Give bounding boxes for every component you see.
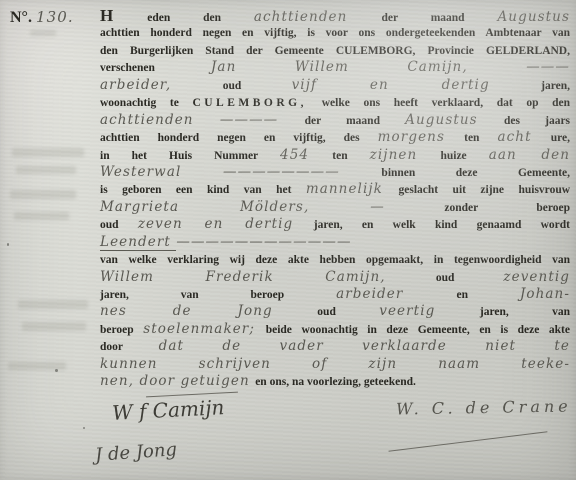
scan-speck [7, 243, 9, 246]
deed-line: nen, door getuigen en ons, na voorlezing… [100, 372, 570, 389]
printed-text: achttien honderd negen en vijftig, des [100, 132, 378, 144]
ink-bleedthrough-smudge [14, 212, 69, 220]
printed-text: welke ons heeft verklaard, dat op den [322, 97, 570, 109]
deed-line: kunnen schrijven of zijn naam teeke- [100, 355, 570, 372]
handwritten-entry: 454 [280, 147, 309, 163]
deed-line: door dat de vader verklaarde niet te [100, 337, 570, 354]
printed-text: zonder beroep [444, 202, 570, 214]
handwritten-entry: aan den [489, 147, 570, 163]
printed-text: oud [317, 306, 379, 318]
handwritten-entry: zijnen [370, 147, 418, 163]
act-number: N°. 130. [10, 8, 74, 27]
printed-text: jaren, van [480, 306, 570, 318]
act-number-label: N°. [10, 9, 32, 26]
deed-line: beroep stoelenmaker; beide woonachtig in… [100, 320, 570, 337]
printed-text: oud [223, 80, 292, 92]
deed-line: woonachtig te CULEMBORG, welke ons heeft… [100, 93, 570, 110]
handwritten-entry: vijf en dertig [292, 77, 490, 93]
handwritten-entry: Jan Willem Camijn, ——— [211, 59, 570, 75]
ink-bleedthrough-smudge [16, 166, 76, 174]
printed-text: ure, [551, 132, 570, 144]
printed-text: oud [100, 219, 138, 231]
signature-witness-camijn: W f Camijn [111, 395, 224, 425]
deed-text: H eden den achttienden der maand Augustu… [100, 6, 570, 390]
printed-text: van welke verklaring wij deze akte hebbe… [100, 254, 570, 266]
handwritten-entry: ———————————— [176, 234, 351, 250]
ink-bleedthrough-smudge [12, 148, 84, 157]
handwritten-entry: veertig [379, 303, 435, 319]
signature-witness-de-jong: J de Jong [94, 439, 177, 466]
scan-speck [83, 427, 85, 429]
printed-text: den Burgerlijken Stand der Gemeente CULE… [100, 45, 570, 57]
handwritten-entry: acht [497, 129, 531, 145]
printed-text: ten [464, 132, 497, 144]
printed-text: en [456, 289, 519, 301]
deed-line: in het Huis Nummer 454 ten zijnen huize … [100, 146, 570, 163]
handwritten-entry: morgens [378, 129, 445, 145]
printed-text: der maand [381, 12, 497, 24]
handwritten-entry: Westerwal [100, 164, 181, 180]
deed-line: oud zeven en dertig jaren, en welk kind … [100, 215, 570, 232]
printed-text: geslacht uit zijne huisvrouw [399, 184, 570, 196]
deed-line: arbeider, oud vijf en dertig jaren, [100, 76, 570, 93]
deed-line: achttien honderd negen en vijftig, des m… [100, 128, 570, 145]
deed-line: achttien honderd negen en vijftig, is vo… [100, 23, 570, 40]
act-number-value: 130. [36, 8, 74, 26]
deed-line: den Burgerlijken Stand der Gemeente CULE… [100, 41, 570, 58]
signature-registrar: W. C. de Crane [396, 396, 572, 418]
handwritten-entry: mannelijk [306, 181, 383, 197]
printed-text: verschenen [100, 62, 211, 74]
deed-line: van welke verklaring wij deze akte hebbe… [100, 250, 570, 267]
printed-text: en ons, na voorlezing, geteekend. [255, 376, 416, 388]
printed-text: der maand [305, 115, 406, 127]
handwritten-entry: achttienden [100, 112, 194, 128]
deed-line: Leendert ———————————— [100, 233, 570, 250]
deed-line: is geboren een kind van het mannelijk ge… [100, 180, 570, 197]
printed-text: jaren, [541, 80, 570, 92]
deed-line: achttienden ———— der maand Augustus des … [100, 111, 570, 128]
printed-text: beroep [100, 324, 143, 336]
handwritten-entry: arbeider [336, 286, 403, 302]
deed-line: nes de Jong oud veertig jaren, van [100, 302, 570, 319]
printed-text: ten [332, 150, 369, 162]
handwritten-entry: Leendert [100, 234, 176, 251]
ink-bleedthrough-smudge [22, 322, 86, 331]
deed-line: H eden den achttienden der maand Augustu… [100, 6, 570, 23]
handwritten-entry: ———— [220, 112, 278, 128]
handwritten-entry: ———————— [223, 164, 340, 180]
printed-text: oud [436, 272, 504, 284]
handwritten-entry: Margrieta Mölders, — [100, 199, 385, 215]
deed-line: Westerwal ———————— binnen deze Gemeente, [100, 163, 570, 180]
handwritten-entry: Willem Frederik Camijn, [100, 269, 386, 285]
printed-text: achttien honderd negen en vijftig, is vo… [100, 27, 570, 39]
handwritten-entry: zeven en dertig [138, 216, 293, 232]
ink-bleedthrough-smudge [18, 300, 88, 309]
scan-speck [55, 369, 58, 372]
deed-line: Willem Frederik Camijn, oud zeventig [100, 268, 570, 285]
handwritten-entry: nen, door getuigen [100, 373, 255, 389]
printed-text-spaced: CULEMBORG, [192, 97, 307, 109]
handwritten-entry: stoelenmaker; [143, 321, 255, 337]
deed-line: Margrieta Mölders, — zonder beroep [100, 198, 570, 215]
printed-text: des jaars [504, 115, 570, 127]
handwritten-entry: nes de Jong [100, 303, 273, 319]
handwritten-entry: kunnen schrijven of zijn naam teeke- [100, 356, 570, 372]
pencil-marks [30, 30, 56, 36]
printed-text: beide woonachtig in deze Gemeente, en is… [266, 324, 570, 336]
ink-bleedthrough-smudge [8, 362, 66, 370]
printed-text: in het Huis Nummer [100, 150, 280, 162]
handwritten-entry: arbeider, [100, 77, 171, 93]
deed-line: jaren, van beroep arbeider en Johan- [100, 285, 570, 302]
printed-text: binnen deze Gemeente, [381, 167, 570, 179]
printed-text: is geboren een kind van het [100, 184, 306, 196]
printed-text: eden den [147, 12, 254, 24]
printed-text: door [100, 341, 159, 353]
signature-flourish [389, 431, 548, 452]
deed-line: verschenen Jan Willem Camijn, ——— [100, 58, 570, 75]
printed-text: huize [440, 150, 488, 162]
birth-certificate-scan: N°. 130. H eden den achttienden der maan… [0, 0, 576, 480]
printed-text: woonachtig te [100, 97, 192, 109]
handwritten-entry: zeventig [503, 269, 570, 285]
printed-text: jaren, van beroep [100, 289, 336, 301]
handwritten-entry: Augustus [405, 112, 478, 128]
printed-initial: H [100, 6, 113, 25]
handwritten-entry: Johan- [520, 286, 570, 302]
handwritten-entry: dat de vader verklaarde niet te [159, 338, 570, 354]
printed-text: jaren, en welk kind genaamd wordt [314, 219, 570, 231]
ink-bleedthrough-smudge [10, 190, 76, 199]
